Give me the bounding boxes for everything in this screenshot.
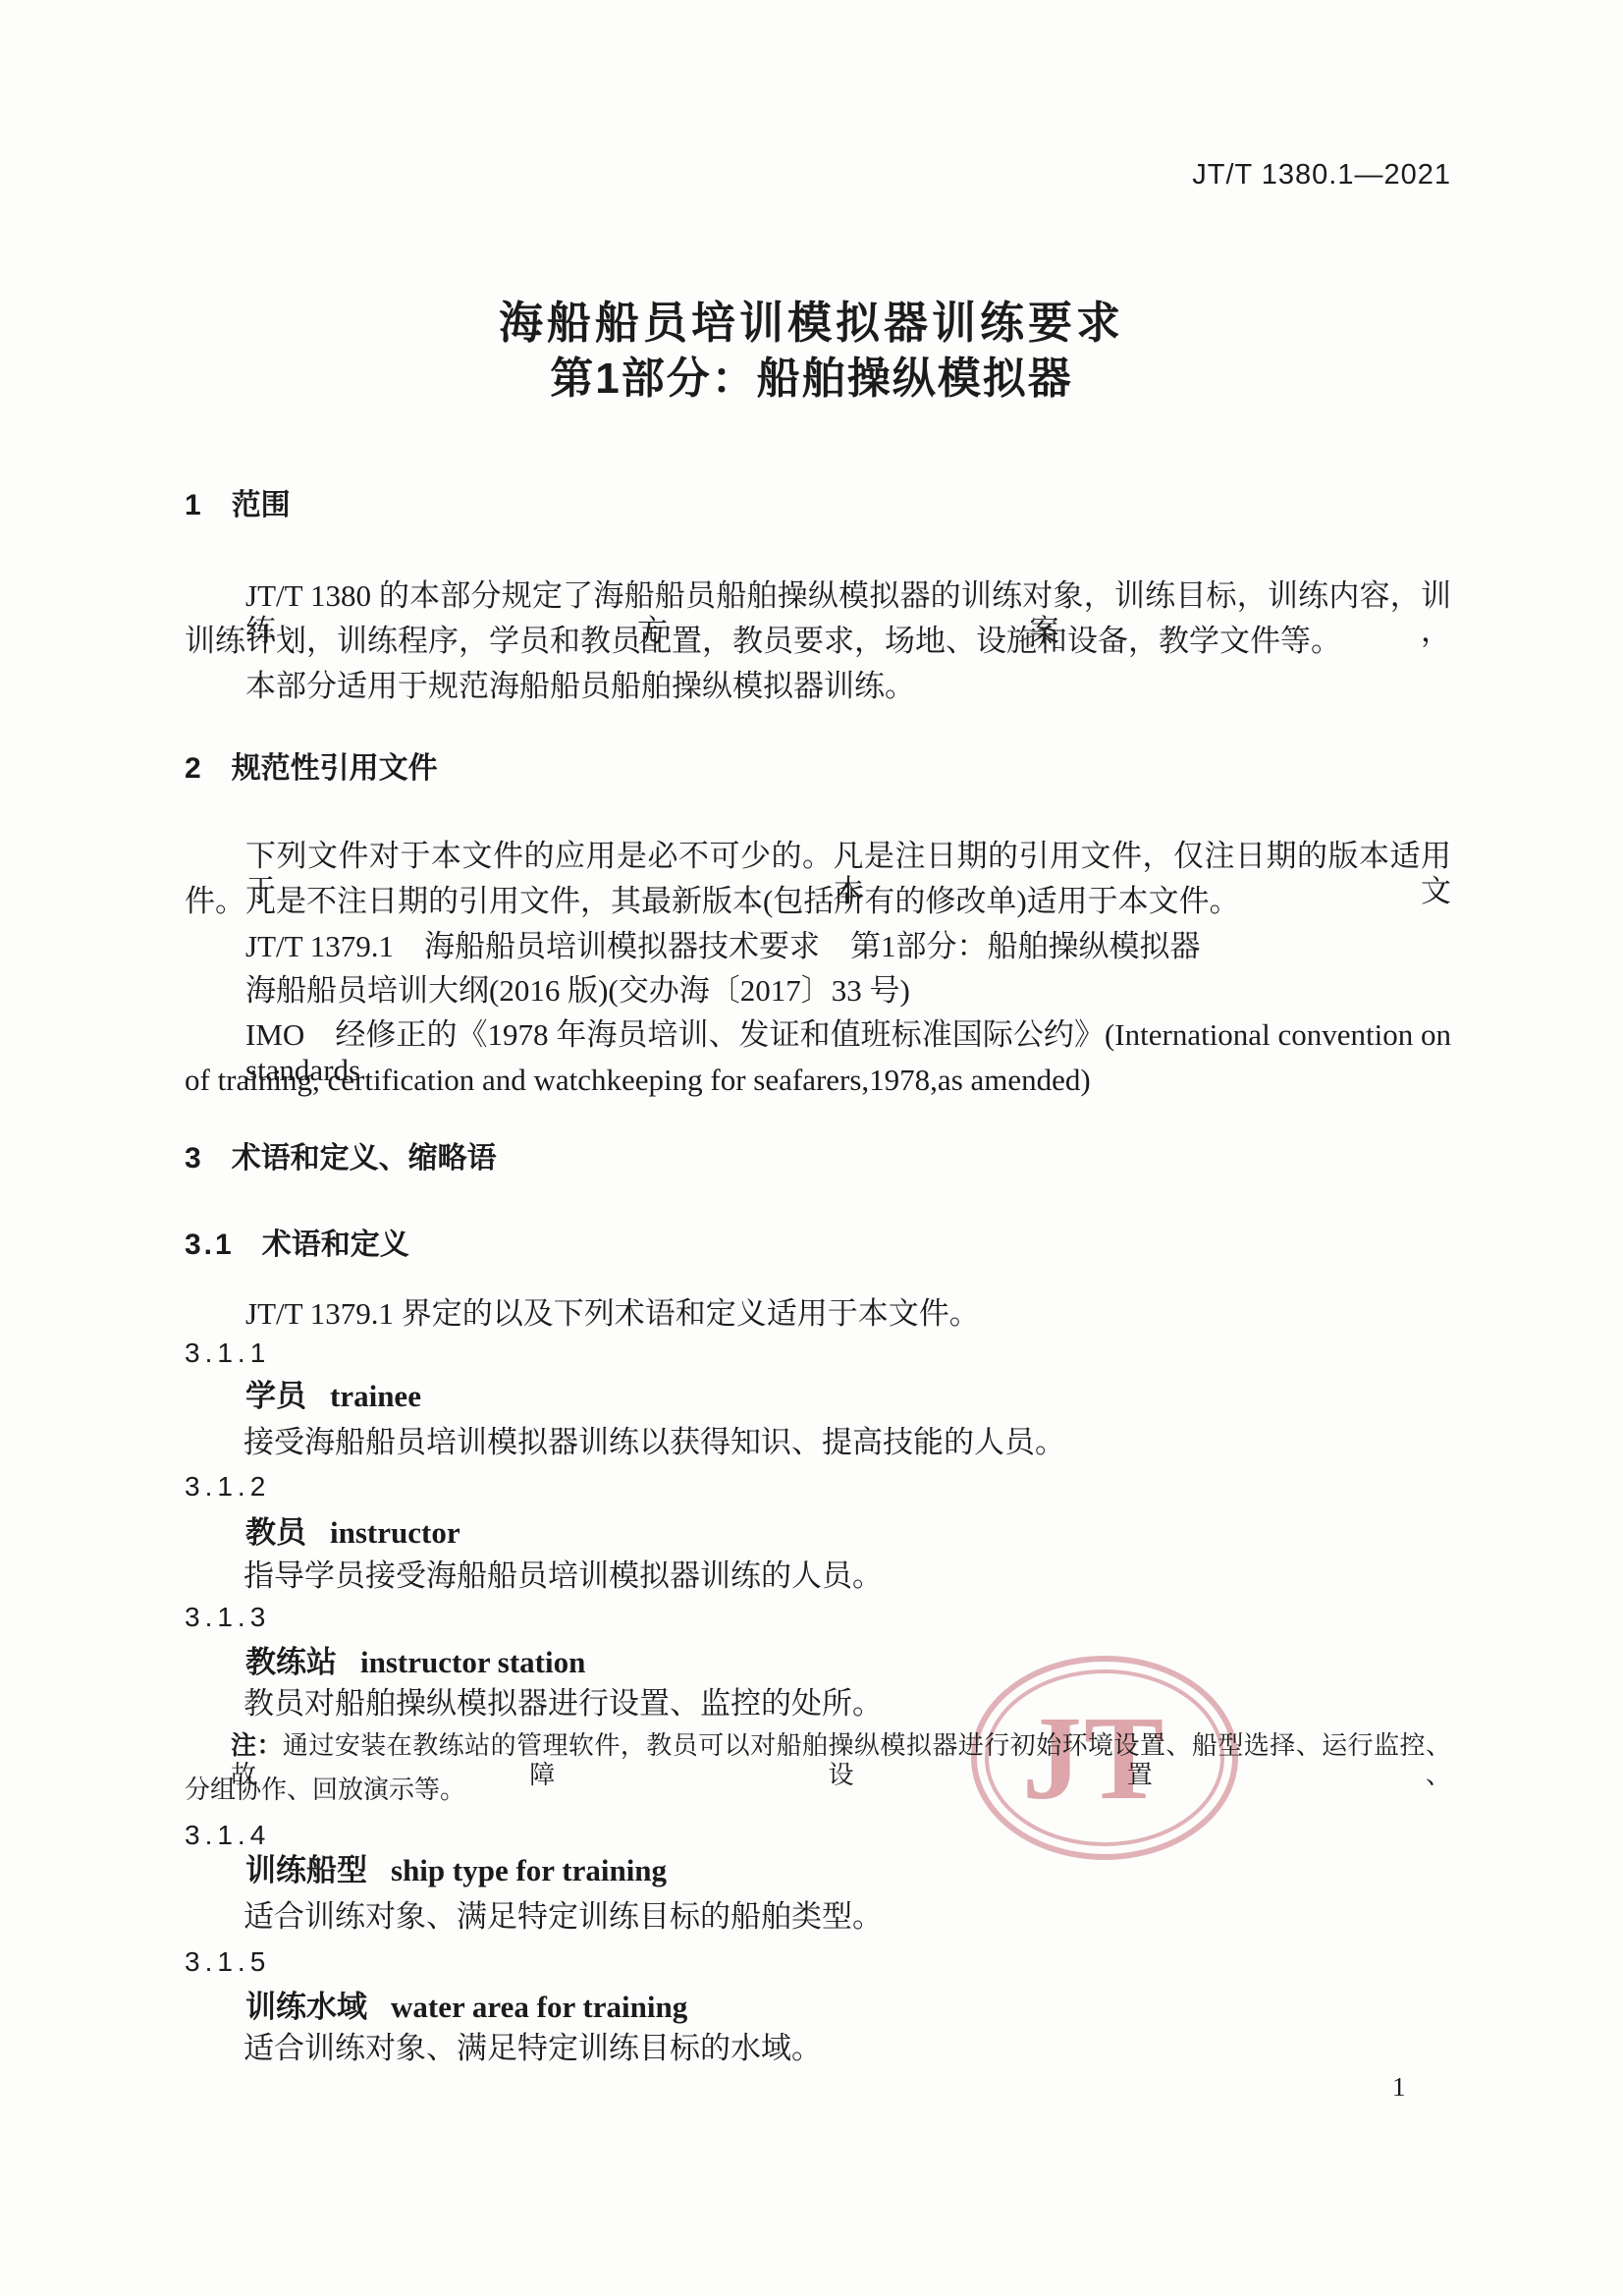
section1-title: 范围 (232, 489, 291, 523)
normative-ref-jtt13791: JT/T 1379.1 海船船员培训模拟器技术要求 第1部分：船舶操纵模拟器 (245, 929, 1201, 964)
page-number: 1 (1392, 2072, 1406, 2103)
note-label: 注： (231, 1730, 283, 1760)
doc-title-line1: 海船船员培训模拟器训练要求 (0, 298, 1623, 349)
clause-number-3-1-3: 3.1.3 (185, 1602, 270, 1633)
term-instructor-definition: 指导学员接受海船船员培训模拟器训练的人员。 (243, 1558, 883, 1594)
section3-1-number: 3.1 (185, 1229, 235, 1263)
term-water-area-en: water area for training (391, 1990, 687, 2024)
term-trainee-zh: 学员 (245, 1379, 306, 1413)
normative-ref-imo-line2: of training, certification and watchkeep… (185, 1063, 1091, 1098)
term-trainee: 学员trainee (245, 1379, 421, 1414)
term-instructor-station-en: instructor station (360, 1645, 585, 1679)
section3-1-heading: 3.1 术语和定义 (185, 1229, 409, 1263)
term-ship-type-en: ship type for training (391, 1853, 667, 1887)
term-instructor-station-definition: 教员对船舶操纵模拟器进行设置、监控的处所。 (243, 1686, 883, 1722)
term-water-area-definition: 适合训练对象、满足特定训练目标的水域。 (243, 2031, 822, 2066)
document-page: JT JT/T 1380.1—2021 海船船员培训模拟器训练要求 第1部分：船… (0, 0, 1623, 2296)
section1-heading: 1 范围 (185, 489, 291, 523)
term-instructor: 教员instructor (245, 1515, 460, 1551)
clause-number-3-1-5: 3.1.5 (185, 1946, 270, 1978)
term-instructor-zh: 教员 (245, 1515, 306, 1550)
clause-number-3-1-1: 3.1.1 (185, 1338, 270, 1369)
term-note-line2: 分组协作、回放演示等。 (185, 1776, 465, 1805)
term-instructor-station-zh: 教练站 (245, 1645, 337, 1679)
normative-para-line2: 件。凡是不注日期的引用文件，其最新版本(包括所有的修改单)适用于本文件。 (185, 884, 1240, 919)
term-instructor-station: 教练站instructor station (245, 1645, 585, 1680)
doc-title-line2: 第1部分：船舶操纵模拟器 (0, 355, 1623, 405)
term-ship-type-zh: 训练船型 (245, 1853, 367, 1887)
section3-title: 术语和定义、缩略语 (232, 1142, 497, 1176)
section1-number: 1 (185, 489, 204, 523)
term-ship-type: 训练船型ship type for training (245, 1853, 667, 1888)
term-water-area-zh: 训练水域 (245, 1990, 367, 2024)
term-trainee-definition: 接受海船船员培训模拟器训练以获得知识、提高技能的人员。 (243, 1425, 1065, 1460)
standard-code: JT/T 1380.1—2021 (1192, 159, 1451, 191)
terms-intro: JT/T 1379.1 界定的以及下列术语和定义适用于本文件。 (245, 1296, 980, 1332)
section3-1-title: 术语和定义 (262, 1229, 409, 1263)
section3-heading: 3 术语和定义、缩略语 (185, 1142, 497, 1176)
term-instructor-en: instructor (330, 1515, 460, 1550)
clause-number-3-1-2: 3.1.2 (185, 1471, 270, 1503)
clause-number-3-1-4: 3.1.4 (185, 1820, 270, 1851)
section3-number: 3 (185, 1142, 204, 1176)
scope-para2: 本部分适用于规范海船船员船舶操纵模拟器训练。 (245, 669, 915, 704)
section2-title: 规范性引用文件 (232, 752, 438, 787)
section2-number: 2 (185, 752, 204, 787)
normative-ref-outline2016: 海船船员培训大纲(2016 版)(交办海〔2017〕33 号) (245, 973, 910, 1009)
term-ship-type-definition: 适合训练对象、满足特定训练目标的船舶类型。 (243, 1899, 883, 1935)
scope-para1-line2: 训练计划，训练程序，学员和教员配置，教员要求，场地、设施和设备，教学文件等。 (185, 624, 1341, 659)
term-water-area: 训练水域water area for training (245, 1990, 687, 2025)
term-trainee-en: trainee (330, 1379, 421, 1413)
section2-heading: 2 规范性引用文件 (185, 752, 438, 787)
